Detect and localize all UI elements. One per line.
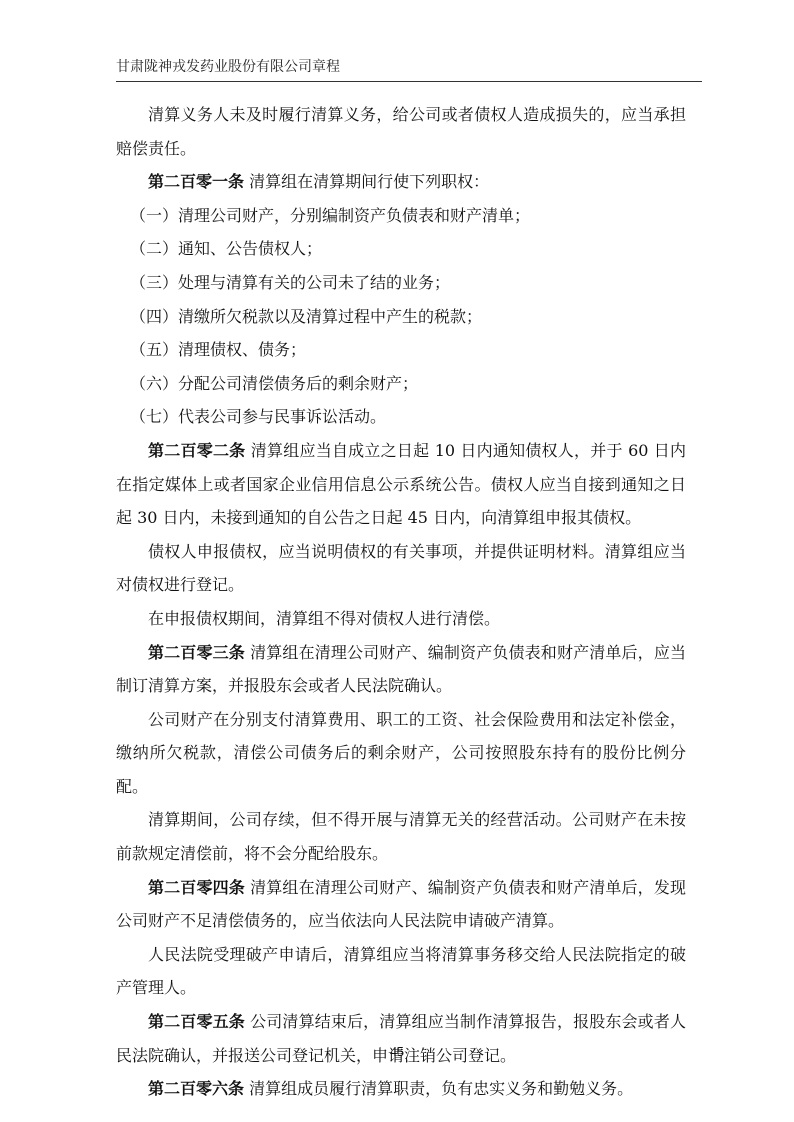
- article-203: 第二百零三条 清算组在清理公司财产、编制资产负债表和财产清单后，应当制订清算方案…: [116, 636, 686, 703]
- list-item: （五）清理债权、债务；: [116, 333, 686, 367]
- article-206-text: 清算组成员履行清算职责，负有忠实义务和勤勉义务。: [244, 1079, 633, 1098]
- article-202-paragraph-3: 在申报债权期间，清算组不得对债权人进行清偿。: [116, 602, 686, 636]
- article-204-paragraph-2: 人民法院受理破产申请后，清算组应当将清算事务移交给人民法院指定的破产管理人。: [116, 938, 686, 1005]
- article-201-text: 清算组在清算期间行使下列职权：: [244, 172, 489, 191]
- list-item: （一）清理公司财产，分别编制资产负债表和财产清单；: [116, 199, 686, 233]
- article-204: 第二百零四条 清算组在清理公司财产、编制资产负债表和财产清单后，发现公司财产不足…: [116, 871, 686, 938]
- article-202-paragraph-2: 债权人申报债权，应当说明债权的有关事项，并提供证明材料。清算组应当对债权进行登记…: [116, 535, 686, 602]
- article-201-title: 第二百零一条: [148, 172, 244, 191]
- list-item: （四）清缴所欠税款以及清算过程中产生的税款；: [116, 300, 686, 334]
- document-body: 清算义务人未及时履行清算义务，给公司或者债权人造成损失的，应当承担赔偿责任。 第…: [116, 98, 686, 1106]
- paragraph-liquidation-liability: 清算义务人未及时履行清算义务，给公司或者债权人造成损失的，应当承担赔偿责任。: [116, 98, 686, 165]
- article-206: 第二百零六条 清算组成员履行清算职责，负有忠实义务和勤勉义务。: [116, 1072, 686, 1106]
- article-202-title: 第二百零二条: [148, 441, 245, 460]
- article-203-paragraph-2: 公司财产在分别支付清算费用、职工的工资、社会保险费用和法定补偿金，缴纳所欠税款，…: [116, 703, 686, 804]
- article-204-title: 第二百零四条: [148, 878, 245, 897]
- list-item: （六）分配公司清偿债务后的剩余财产；: [116, 367, 686, 401]
- list-item: （二）通知、公告债权人；: [116, 232, 686, 266]
- article-202: 第二百零二条 清算组应当自成立之日起 10 日内通知债权人，并于 60 日内在指…: [116, 434, 686, 535]
- list-item: （三）处理与清算有关的公司未了结的业务；: [116, 266, 686, 300]
- article-205: 第二百零五条 公司清算结束后，清算组应当制作清算报告，报股东会或者人民法院确认，…: [116, 1005, 686, 1072]
- header-divider: [116, 81, 702, 82]
- article-205-title: 第二百零五条: [148, 1012, 245, 1031]
- article-203-title: 第二百零三条: [148, 643, 245, 662]
- document-header-title: 甘肃陇神戎发药业股份有限公司章程: [116, 56, 340, 76]
- article-201: 第二百零一条 清算组在清算期间行使下列职权：: [116, 165, 686, 199]
- article-203-paragraph-3: 清算期间，公司存续，但不得开展与清算无关的经营活动。公司财产在未按前款规定清偿前…: [116, 803, 686, 870]
- page-number: 45: [0, 1045, 794, 1061]
- article-206-title: 第二百零六条: [148, 1079, 244, 1098]
- list-item: （七）代表公司参与民事诉讼活动。: [116, 400, 686, 434]
